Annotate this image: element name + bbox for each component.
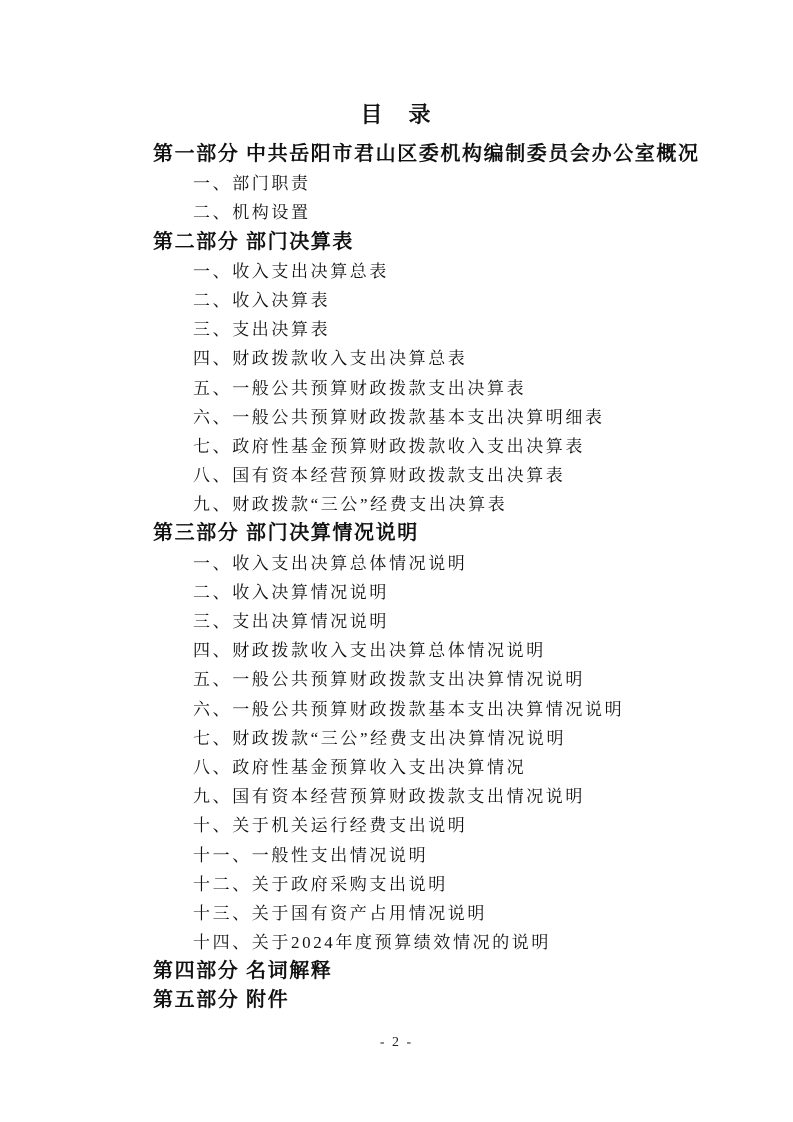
toc-item: 十二、关于政府采购支出说明: [153, 870, 753, 899]
toc-item: 五、一般公共预算财政拨款支出决算情况说明: [153, 665, 753, 694]
toc-item: 七、财政拨款“三公”经费支出决算情况说明: [153, 724, 753, 753]
toc-item: 二、机构设置: [153, 198, 753, 227]
section-heading: 第一部分 中共岳阳市君山区委机构编制委员会办公室概况: [153, 140, 753, 169]
toc-item: 四、财政拨款收入支出决算总体情况说明: [153, 636, 753, 665]
toc-item: 十、关于机关运行经费支出说明: [153, 811, 753, 840]
toc-item: 三、支出决算表: [153, 315, 753, 344]
toc-item: 三、支出决算情况说明: [153, 607, 753, 636]
toc-list: 第一部分 中共岳阳市君山区委机构编制委员会办公室概况一、部门职责二、机构设置第二…: [153, 140, 753, 1016]
section-heading: 第二部分 部门决算表: [153, 228, 753, 257]
toc-title: 目 录: [0, 102, 793, 128]
toc-item: 一、收入支出决算总体情况说明: [153, 549, 753, 578]
toc-item: 九、国有资本经营预算财政拨款支出情况说明: [153, 782, 753, 811]
toc-item: 一、部门职责: [153, 169, 753, 198]
toc-item: 十一、一般性支出情况说明: [153, 841, 753, 870]
toc-item: 一、收入支出决算总表: [153, 257, 753, 286]
section-heading: 第四部分 名词解释: [153, 957, 753, 986]
section-heading: 第五部分 附件: [153, 986, 753, 1015]
toc-item: 二、收入决算表: [153, 286, 753, 315]
toc-item: 二、收入决算情况说明: [153, 578, 753, 607]
page-number: - 2 -: [0, 1035, 793, 1051]
toc-item: 八、政府性基金预算收入支出决算情况: [153, 753, 753, 782]
toc-item: 六、一般公共预算财政拨款基本支出决算情况说明: [153, 695, 753, 724]
toc-item: 十三、关于国有资产占用情况说明: [153, 899, 753, 928]
toc-item: 五、一般公共预算财政拨款支出决算表: [153, 374, 753, 403]
document-page: 目 录 第一部分 中共岳阳市君山区委机构编制委员会办公室概况一、部门职责二、机构…: [0, 0, 793, 1122]
section-heading: 第三部分 部门决算情况说明: [153, 519, 753, 548]
toc-item: 六、一般公共预算财政拨款基本支出决算明细表: [153, 403, 753, 432]
toc-item: 八、国有资本经营预算财政拨款支出决算表: [153, 461, 753, 490]
toc-item: 九、财政拨款“三公”经费支出决算表: [153, 490, 753, 519]
toc-item: 七、政府性基金预算财政拨款收入支出决算表: [153, 432, 753, 461]
toc-item: 四、财政拨款收入支出决算总表: [153, 344, 753, 373]
toc-item: 十四、关于2024年度预算绩效情况的说明: [153, 928, 753, 957]
